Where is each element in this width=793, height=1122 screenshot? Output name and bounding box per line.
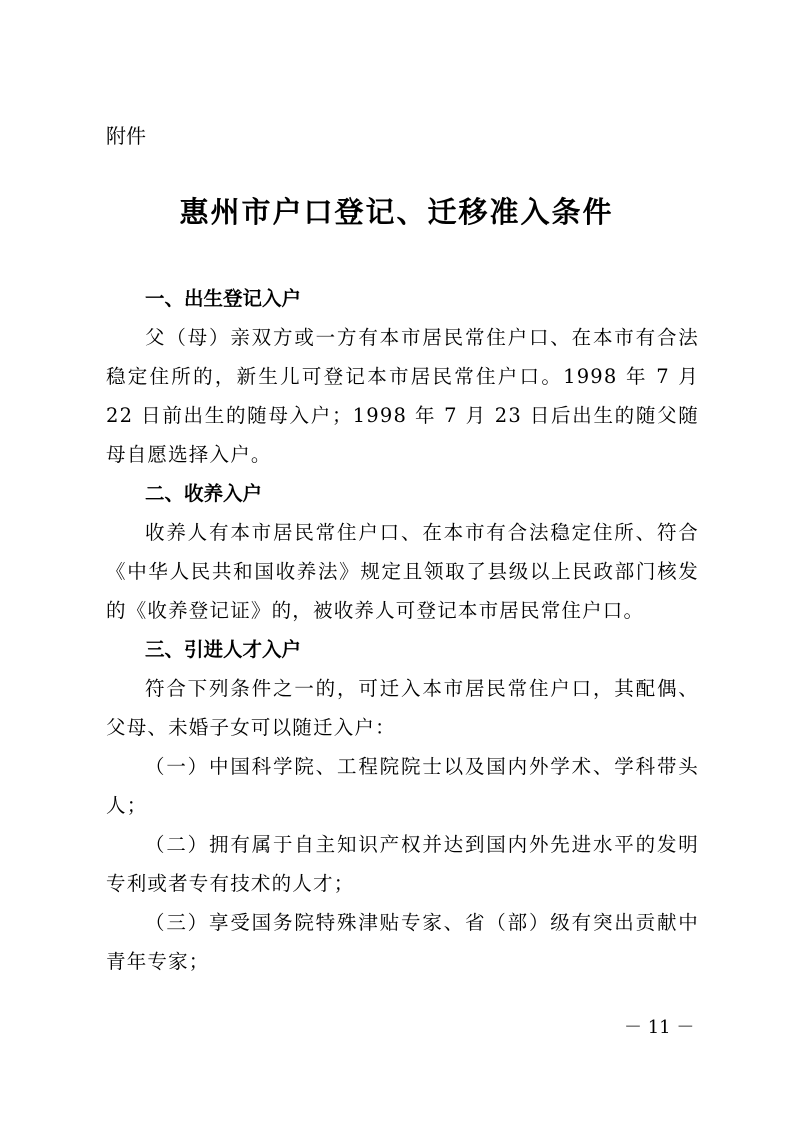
- list-item: （三）享受国务院特殊津贴专家、省（部）级有突出贡献中青年专家；: [106, 903, 699, 981]
- paragraph: 父（母）亲双方或一方有本市居民常住户口、在本市有合法稳定住所的，新生儿可登记本市…: [106, 318, 699, 474]
- list-item: （一）中国科学院、工程院院士以及国内外学术、学科带头人；: [106, 747, 699, 825]
- paragraph: 收养人有本市居民常住户口、在本市有合法稳定住所、符合《中华人民共和国收养法》规定…: [106, 513, 699, 630]
- section-heading: 二、收养入户: [106, 474, 699, 513]
- document-body: 一、出生登记入户 父（母）亲双方或一方有本市居民常住户口、在本市有合法稳定住所的…: [106, 279, 699, 981]
- list-item: （二）拥有属于自主知识产权并达到国内外先进水平的发明专利或者专有技术的人才；: [106, 825, 699, 903]
- section-heading: 三、引进人才入户: [106, 630, 699, 669]
- page-number: － 11 －: [624, 1016, 694, 1040]
- document-title: 惠州市户口登记、迁移准入条件: [0, 192, 793, 232]
- attachment-label: 附件: [106, 122, 146, 150]
- document-page: 附件 惠州市户口登记、迁移准入条件 一、出生登记入户 父（母）亲双方或一方有本市…: [0, 0, 793, 1122]
- paragraph: 符合下列条件之一的，可迁入本市居民常住户口，其配偶、父母、未婚子女可以随迁入户：: [106, 669, 699, 747]
- section-heading: 一、出生登记入户: [106, 279, 699, 318]
